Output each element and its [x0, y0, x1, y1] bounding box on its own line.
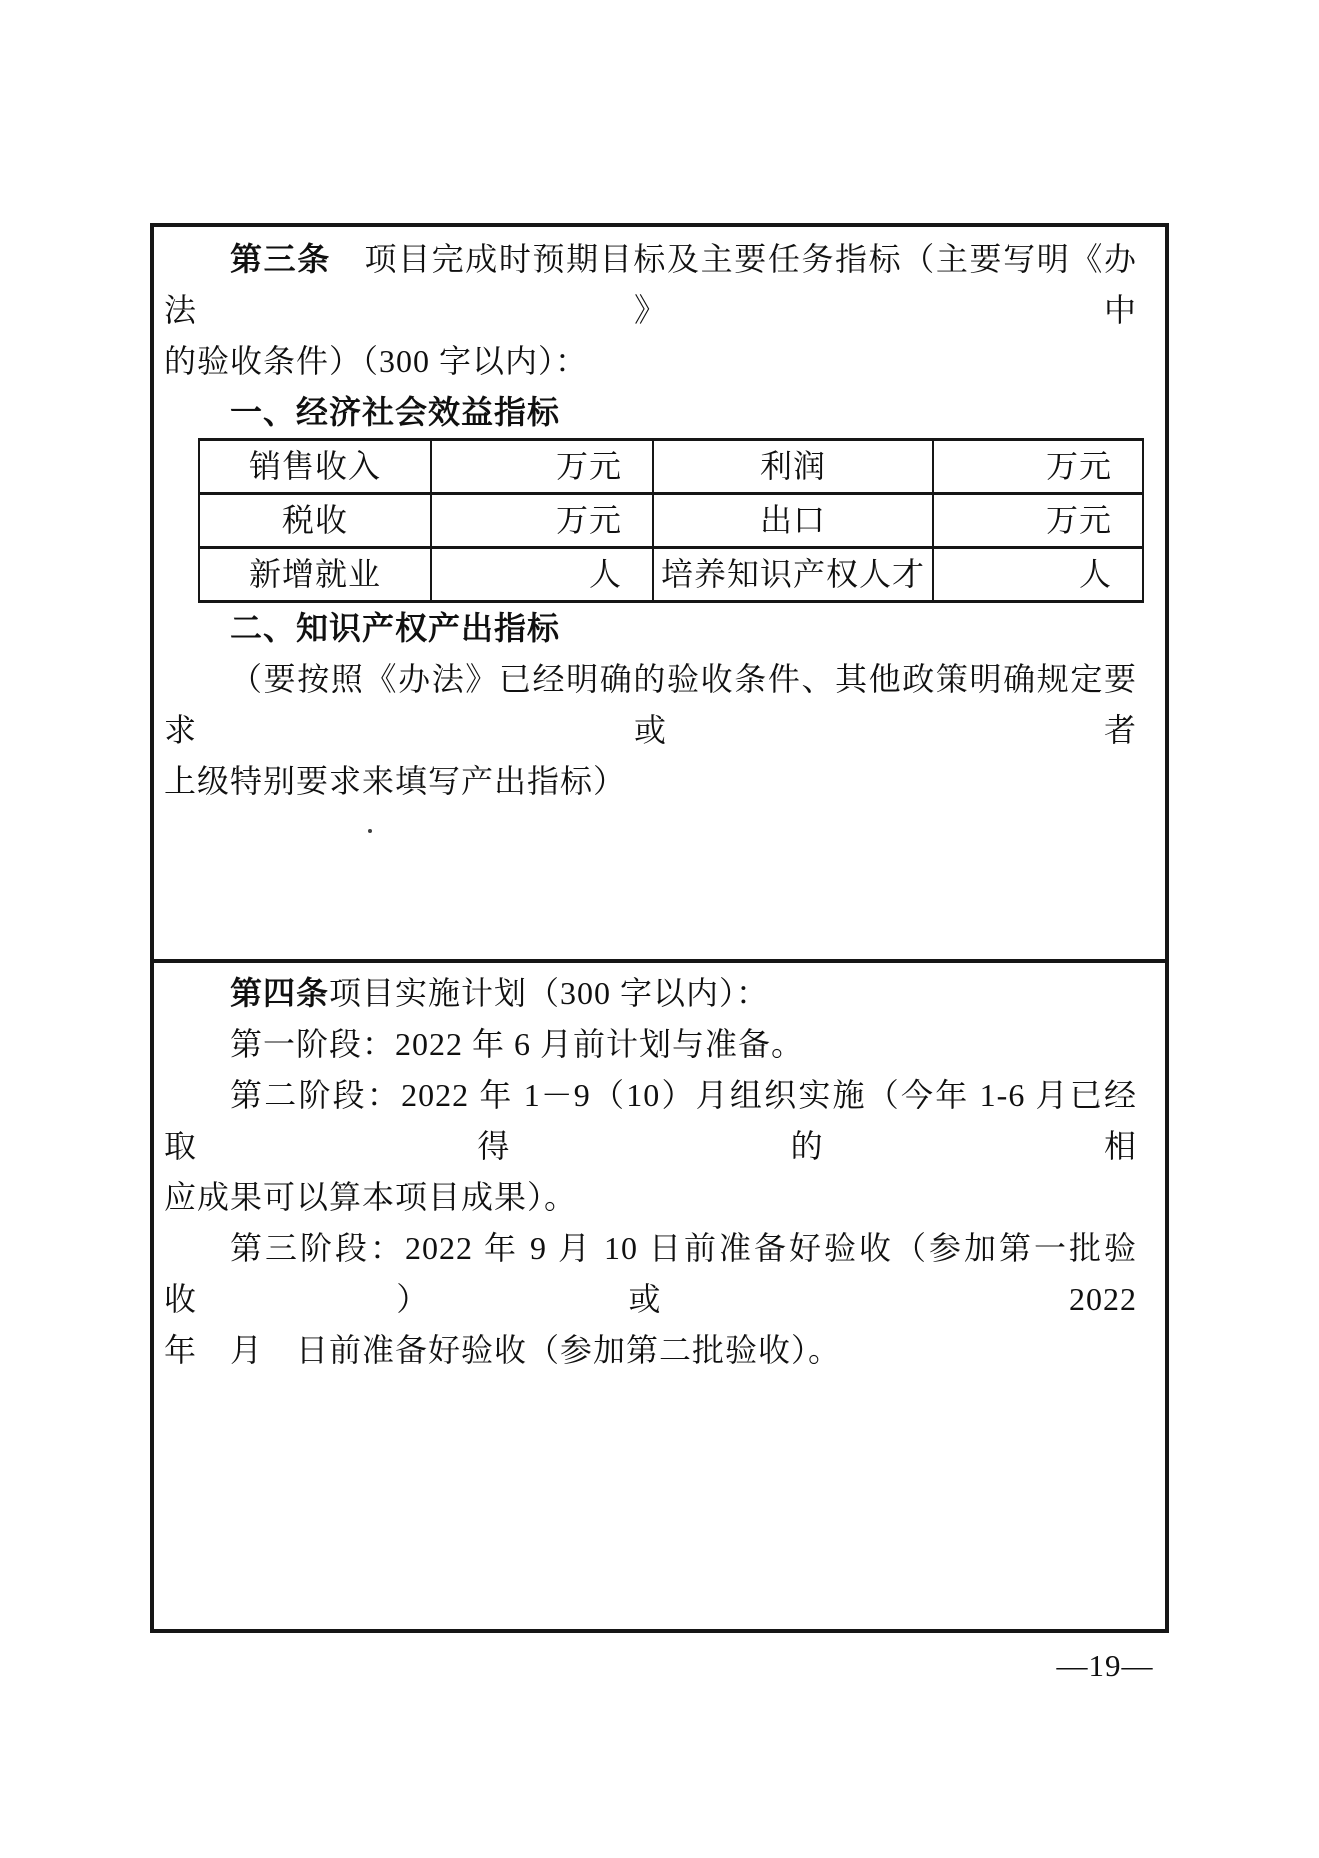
subheading-economic-benefit: 一、经济社会效益指标 — [164, 387, 1137, 438]
table-row: 税收 万元 出口 万元 — [199, 494, 1143, 548]
subheading-ip-output: 二、知识产权产出指标 — [164, 603, 1137, 654]
subheading-ip-output-text: 二、知识产权产出指标 — [230, 610, 560, 646]
cell-profit-label: 利润 — [653, 440, 933, 494]
phase-3-line-2: 年 月 日前准备好验收（参加第二批验收）。 — [164, 1325, 1137, 1376]
cell-ip-talent-label: 培养知识产权人才 — [653, 548, 933, 602]
cell-new-jobs-label: 新增就业 — [199, 548, 431, 602]
cell-ip-talent-unit: 人 — [933, 548, 1143, 602]
benefit-indicators-table: 销售收入 万元 利润 万元 税收 万元 出口 万元 新增就业 人 培养知 — [198, 438, 1144, 603]
article-4-label: 第四条 — [230, 975, 329, 1011]
cell-new-jobs-unit: 人 — [431, 548, 653, 602]
section-article-4: 第四条项目实施计划（300 字以内）： 第一阶段：2022 年 6 月前计划与准… — [154, 963, 1165, 1625]
article-3-title-line-2: 的验收条件）（300 字以内）： — [164, 336, 1137, 387]
cell-tax-label: 税收 — [199, 494, 431, 548]
cell-profit-unit: 万元 — [933, 440, 1143, 494]
article-3-title-line-1: 第三条 项目完成时预期目标及主要任务指标（主要写明《办法》中 — [164, 234, 1137, 336]
table-row: 销售收入 万元 利润 万元 — [199, 440, 1143, 494]
phase-3-line-1: 第三阶段：2022 年 9 月 10 日前准备好验收（参加第一批验收）或 202… — [164, 1223, 1137, 1325]
cell-sales-revenue-label: 销售收入 — [199, 440, 431, 494]
table-row: 新增就业 人 培养知识产权人才 人 — [199, 548, 1143, 602]
phase-1-line: 第一阶段：2022 年 6 月前计划与准备。 — [164, 1019, 1137, 1070]
page-number: —19— — [1040, 1648, 1170, 1684]
phase-2-line-1: 第二阶段：2022 年 1－9（10）月组织实施（今年 1-6 月已经取得的相 — [164, 1070, 1137, 1172]
article-4-title-rest: 项目实施计划（300 字以内）： — [329, 975, 769, 1011]
subheading-economic-benefit-text: 一、经济社会效益指标 — [230, 394, 560, 430]
cell-tax-unit: 万元 — [431, 494, 653, 548]
form-outer-box: 第三条 项目完成时预期目标及主要任务指标（主要写明《办法》中 的验收条件）（30… — [150, 223, 1169, 1633]
phase-2-line-2: 应成果可以算本项目成果）。 — [164, 1172, 1137, 1223]
ip-output-note-line-1: （要按照《办法》已经明确的验收条件、其他政策明确规定要求或者 — [164, 654, 1137, 756]
cell-export-unit: 万元 — [933, 494, 1143, 548]
article-4-title-line: 第四条项目实施计划（300 字以内）： — [164, 968, 1137, 1019]
ip-output-note-line-2: 上级特别要求来填写产出指标） — [164, 756, 1137, 807]
cell-export-label: 出口 — [653, 494, 933, 548]
article-3-label: 第三条 — [230, 241, 331, 277]
section-article-3: 第三条 项目完成时预期目标及主要任务指标（主要写明《办法》中 的验收条件）（30… — [154, 227, 1165, 963]
scan-artifact-dot — [368, 829, 372, 833]
document-page: 第三条 项目完成时预期目标及主要任务指标（主要写明《办法》中 的验收条件）（30… — [0, 0, 1319, 1858]
cell-sales-revenue-unit: 万元 — [431, 440, 653, 494]
